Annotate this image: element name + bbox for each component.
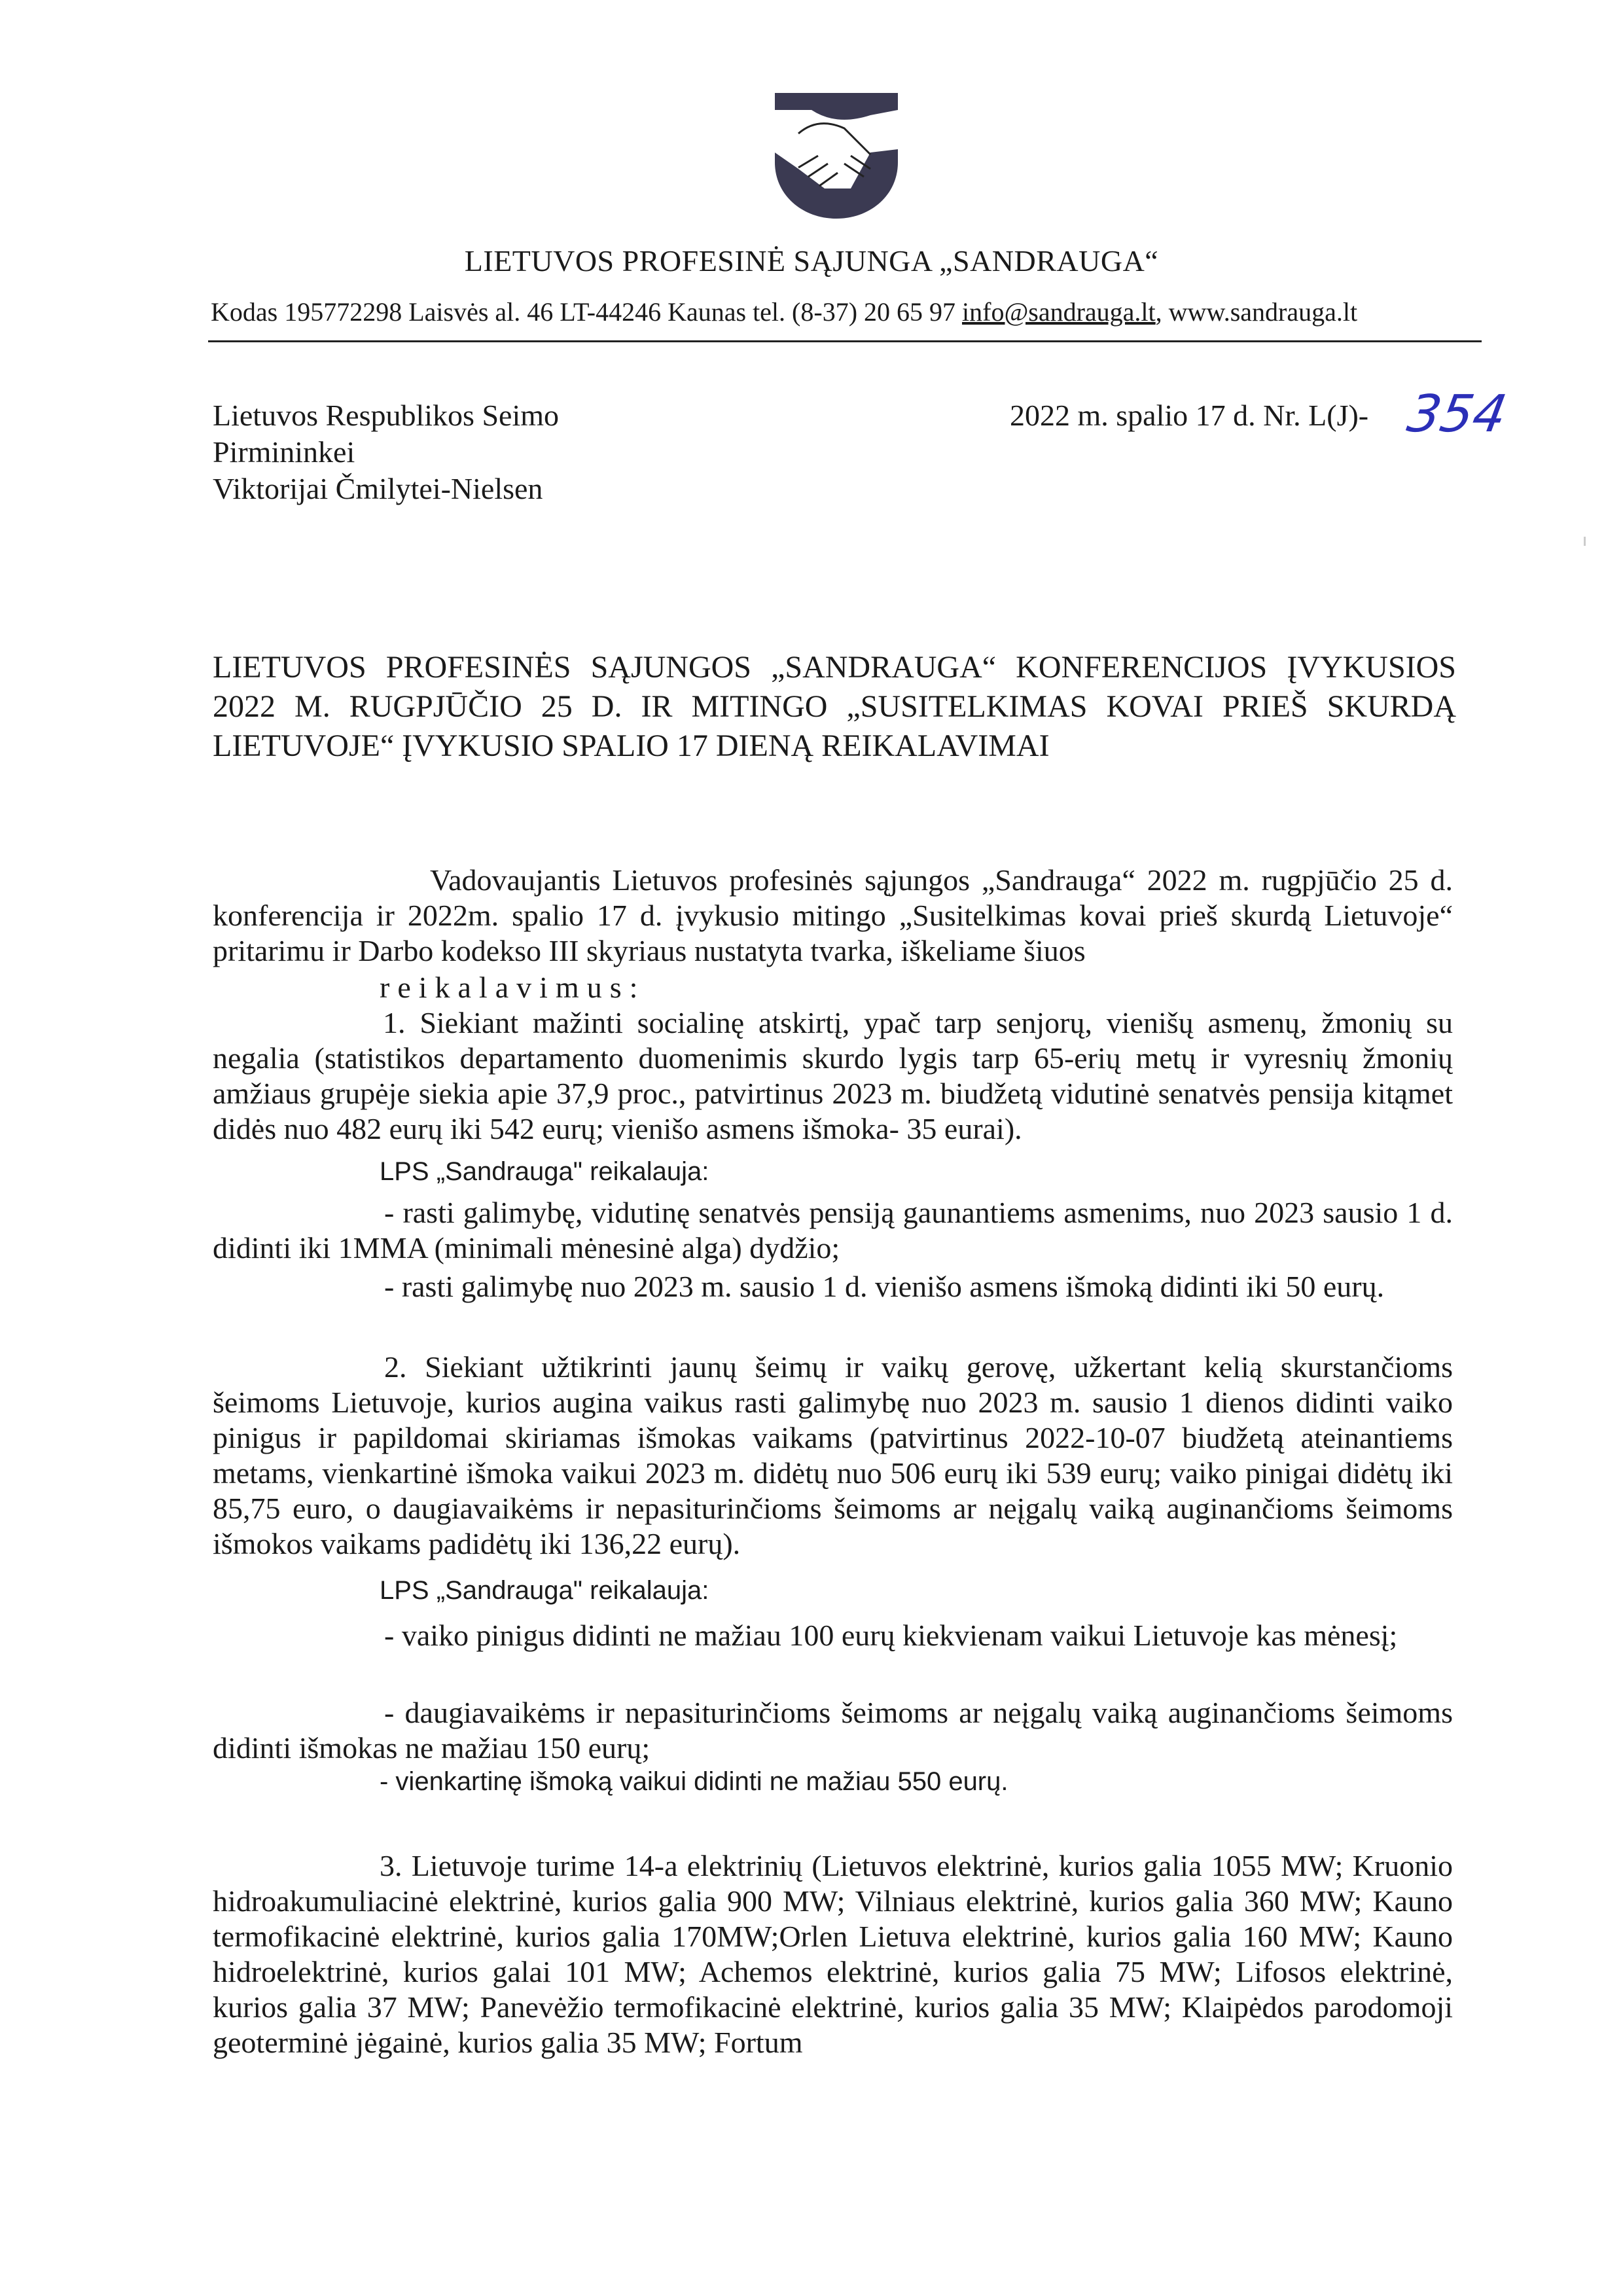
section-3-text: 3. Lietuvoje turime 14-a elektrinių (Lie… [213, 1848, 1453, 2060]
addressee-line-2: Pirmininkei [213, 435, 355, 469]
scan-artifact [1584, 537, 1586, 546]
header-divider [208, 340, 1482, 342]
section-1-demand-2: - rasti galimybę nuo 2023 m. sausio 1 d.… [213, 1267, 1453, 1306]
section-2-demands-label: LPS „Sandrauga" reikalauja: [380, 1576, 709, 1605]
addressee-line-1: Lietuvos Respublikos Seimo [213, 398, 559, 433]
date-and-reference-number: 2022 m. spalio 17 d. Nr. L(J)- [1010, 398, 1368, 433]
organization-contacts: Kodas 195772298 Laisvės al. 46 LT-44246 … [211, 296, 1357, 327]
email-link[interactable]: info@sandrauga.lt [962, 297, 1156, 327]
section-1-demands-label: LPS „Sandrauga" reikalauja: [380, 1157, 709, 1187]
addressee-line-3: Viktorijai Čmilytei-Nielsen [213, 471, 543, 506]
contact-details: Kodas 195772298 Laisvės al. 46 LT-44246 … [211, 297, 962, 327]
website-text: , www.sandrauga.lt [1156, 297, 1357, 327]
section-2-demand-2: - daugiavaikėms ir nepasiturinčioms šeim… [213, 1695, 1453, 1766]
handwritten-registration-number: 354 [1403, 385, 1511, 444]
organization-name: LIETUVOS PROFESINĖ SĄJUNGA „SANDRAUGA“ [0, 243, 1623, 278]
section-2-text: 2. Siekiant užtikrinti jaunų šeimų ir va… [213, 1350, 1453, 1562]
handshake-shield-icon [772, 90, 901, 221]
document-title: LIETUVOS PROFESINĖS SĄJUNGOS „SANDRAUGA“… [213, 648, 1456, 766]
intro-paragraph: Vadovaujantis Lietuvos profesinės sąjung… [213, 863, 1453, 969]
section-2-demand-1: - vaiko pinigus didinti ne mažiau 100 eu… [213, 1615, 1453, 1656]
section-1-text: 1. Siekiant mažinti socialinę atskirtį, … [213, 1005, 1453, 1147]
intro-demands-label: reikalavimus: [380, 970, 645, 1005]
section-1-demand-1: - rasti galimybę, vidutinę senatvės pens… [213, 1195, 1453, 1266]
section-2-demand-3: - vienkartinę išmoką vaikui didinti ne m… [380, 1767, 1008, 1797]
